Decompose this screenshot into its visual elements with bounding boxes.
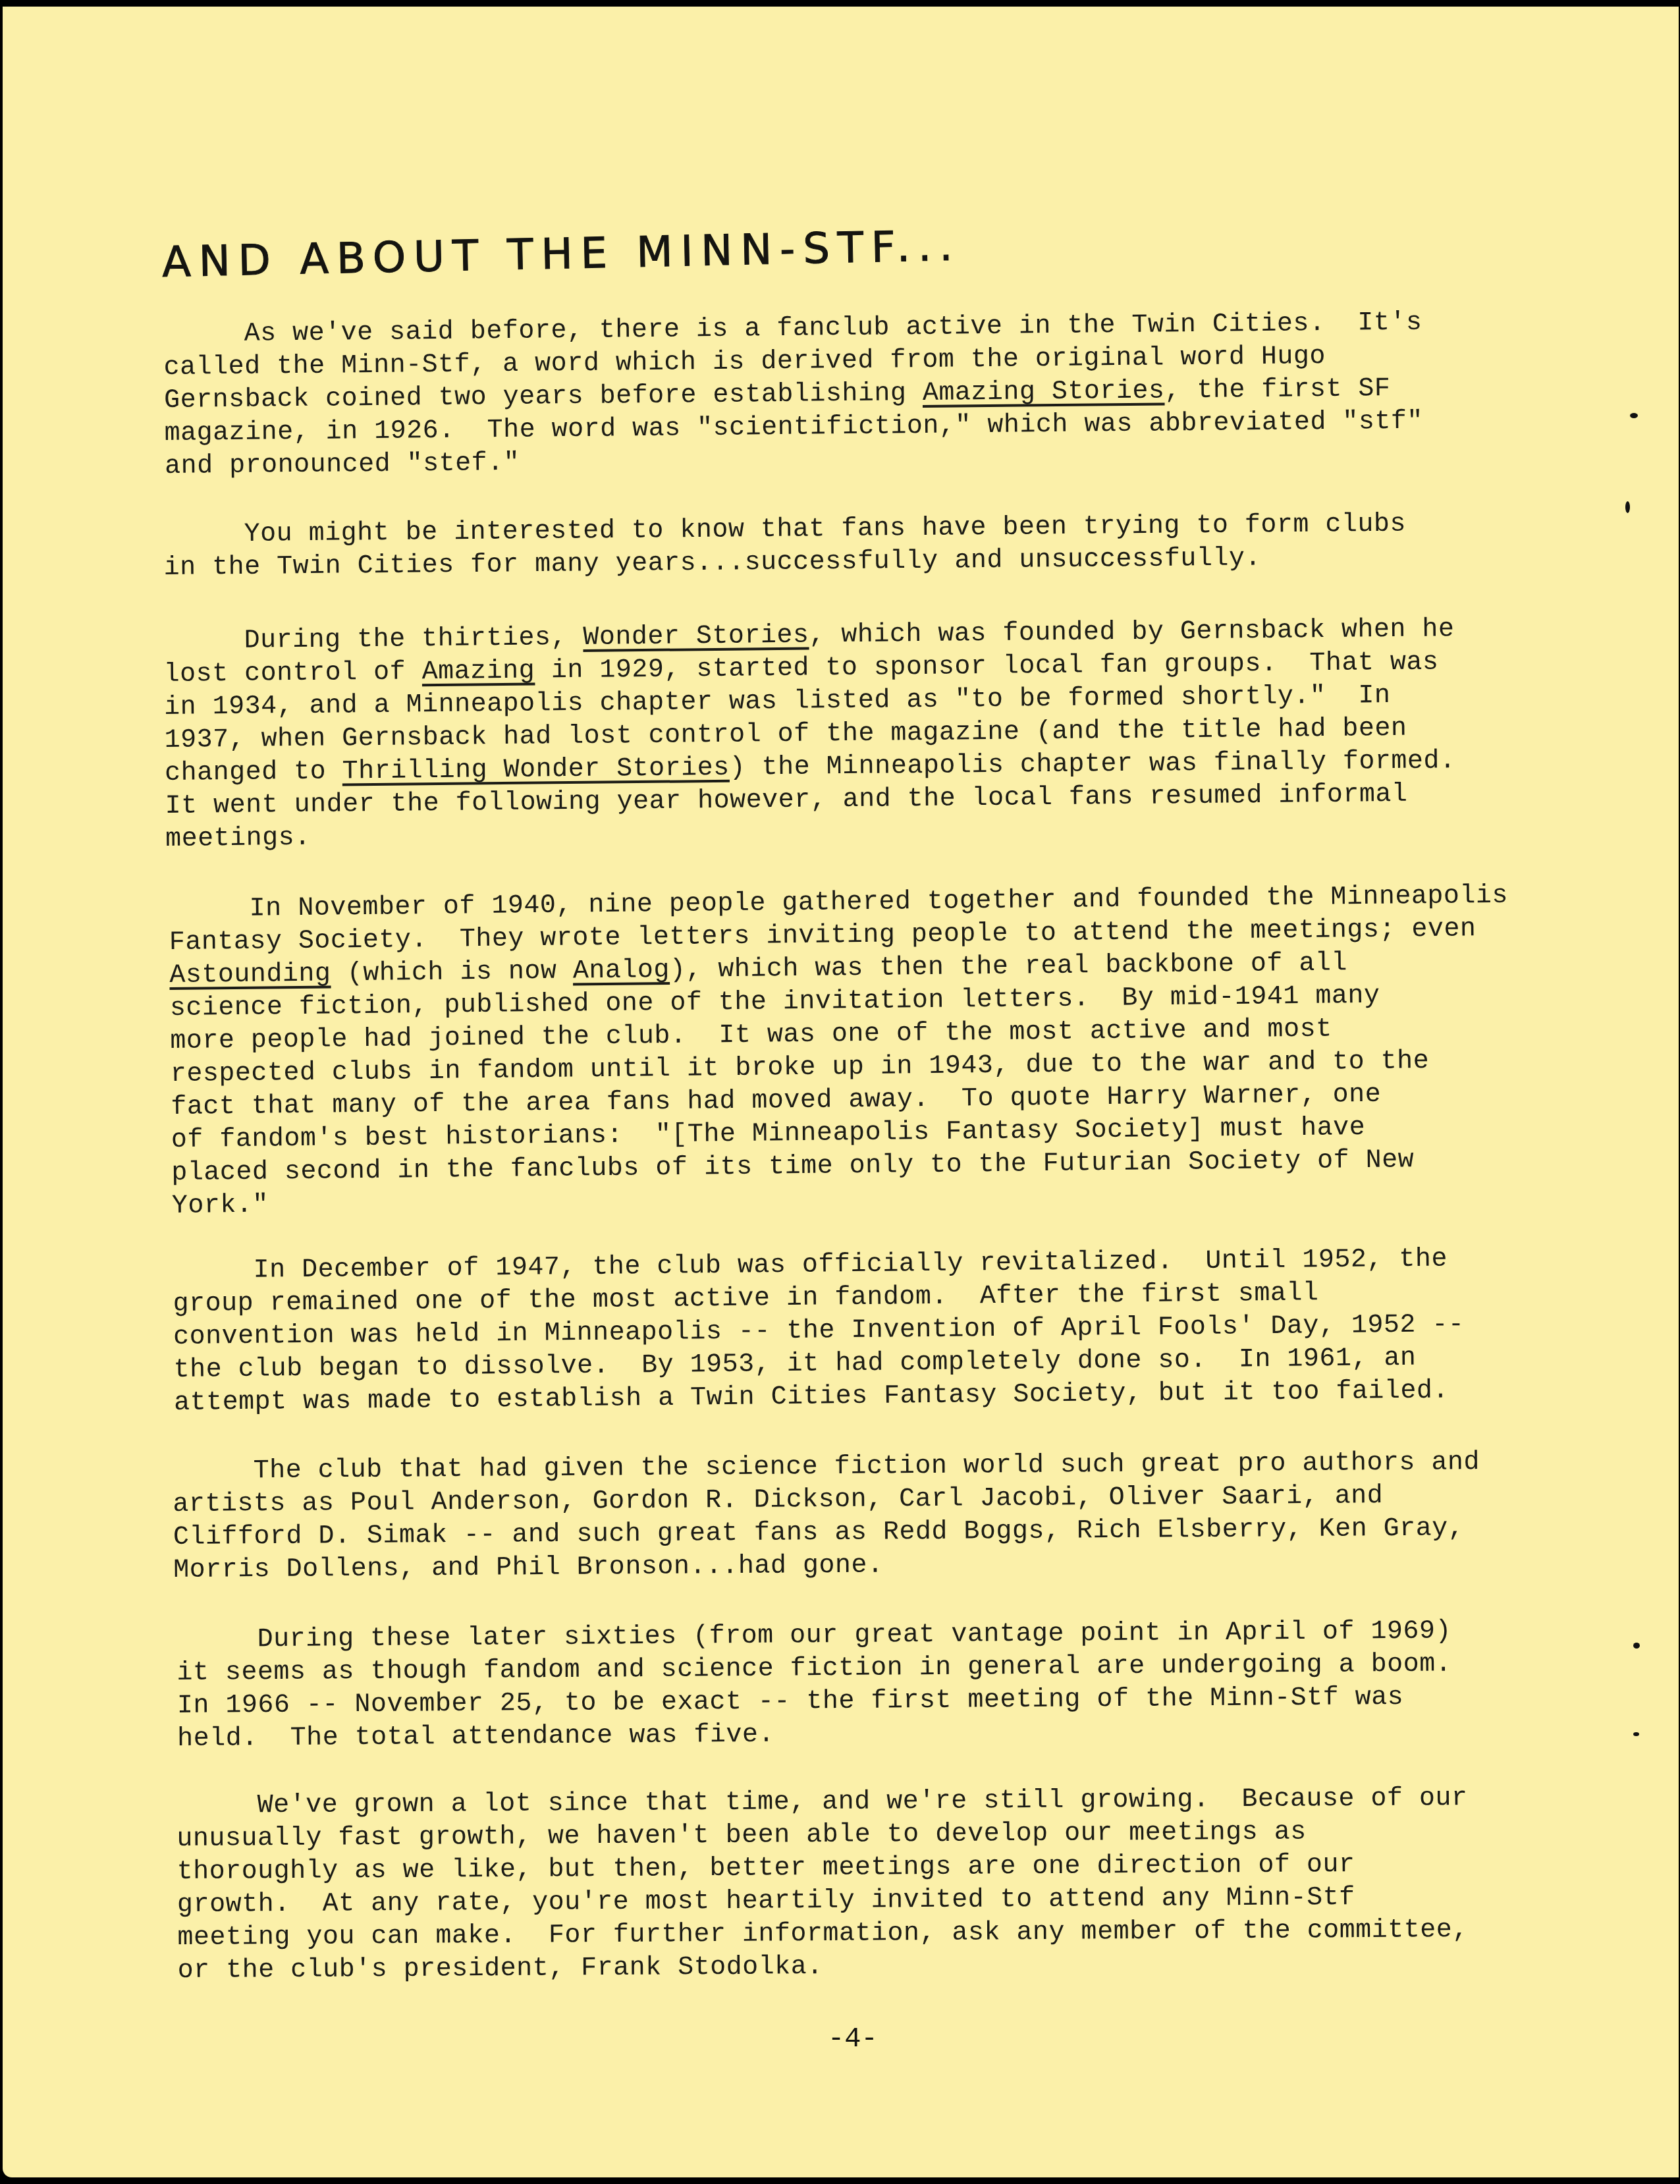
paragraph-5: In December of 1947, the club was offici… xyxy=(173,1243,1465,1420)
page-number: -4- xyxy=(828,2023,878,2055)
paragraph-6: The club that had given the science fict… xyxy=(173,1446,1480,1587)
paragraph-1: As we've said before, there is a fanclub… xyxy=(163,307,1424,483)
ink-speck xyxy=(1633,1643,1640,1649)
text-run: In 1966 -- November 25, to be exact -- t… xyxy=(177,1683,1404,1721)
underlined-title: Thrilling Wonder Stories xyxy=(342,753,729,787)
text-run: Gernsback coined two years before establ… xyxy=(164,379,923,416)
text-run: lost control of xyxy=(163,657,421,690)
ink-speck xyxy=(1633,1732,1639,1736)
text-run: Morris Dollens, and Phil Bronson...had g… xyxy=(173,1550,883,1585)
paragraph-8: We've grown a lot since that time, and w… xyxy=(176,1782,1469,1988)
text-run: and pronounced "stef." xyxy=(165,449,520,481)
text-line: or the club's president, Frank Stodolka. xyxy=(178,1947,1469,1988)
text-run: or the club's president, Frank Stodolka. xyxy=(178,1952,823,1986)
text-run: , which was founded by Gernsback when he xyxy=(809,614,1455,650)
underlined-title: Amazing xyxy=(422,657,535,688)
text-run: held. The total attendance was five. xyxy=(177,1720,774,1754)
text-run: Clifford D. Simak -- and such great fans… xyxy=(173,1514,1465,1552)
text-run: During the thirties, xyxy=(163,623,583,657)
underlined-title: Wonder Stories xyxy=(583,621,809,653)
text-run: unusually fast growth, we haven't been a… xyxy=(176,1818,1307,1854)
paragraph-3: During the thirties, Wonder Stories, whi… xyxy=(163,613,1457,856)
text-run: growth. At any rate, you're most heartil… xyxy=(177,1883,1355,1920)
text-run: ) the Minneapolis chapter was finally fo… xyxy=(730,746,1456,783)
text-run: ), which was then the real backbone of a… xyxy=(670,948,1348,985)
paragraph-2: You might be interested to know that fan… xyxy=(163,508,1407,585)
typewritten-page: AND ABOUT THE MINN-STF... As we've said … xyxy=(3,7,1679,2177)
text-run: (which is now xyxy=(331,957,573,989)
text-run: changed to xyxy=(165,757,342,788)
underlined-title: Astounding xyxy=(169,959,331,991)
underlined-title: Amazing Stories xyxy=(923,376,1165,408)
text-run: We've grown a lot since that time, and w… xyxy=(176,1784,1468,1821)
text-run: thoroughly as we like, but then, better … xyxy=(177,1850,1355,1887)
text-run: meetings. xyxy=(165,823,311,854)
ink-speck xyxy=(1625,501,1630,513)
underlined-title: Analog xyxy=(573,956,670,987)
page-title: AND ABOUT THE MINN-STF... xyxy=(161,222,961,287)
text-run: York." xyxy=(172,1190,269,1221)
paragraph-7: During these later sixties (from our gre… xyxy=(176,1615,1452,1756)
ink-speck xyxy=(1630,413,1638,418)
text-run: , the first SF xyxy=(1164,374,1390,406)
text-run: meeting you can make. For further inform… xyxy=(177,1915,1469,1953)
paragraph-4: In November of 1940, nine people gathere… xyxy=(169,880,1511,1223)
